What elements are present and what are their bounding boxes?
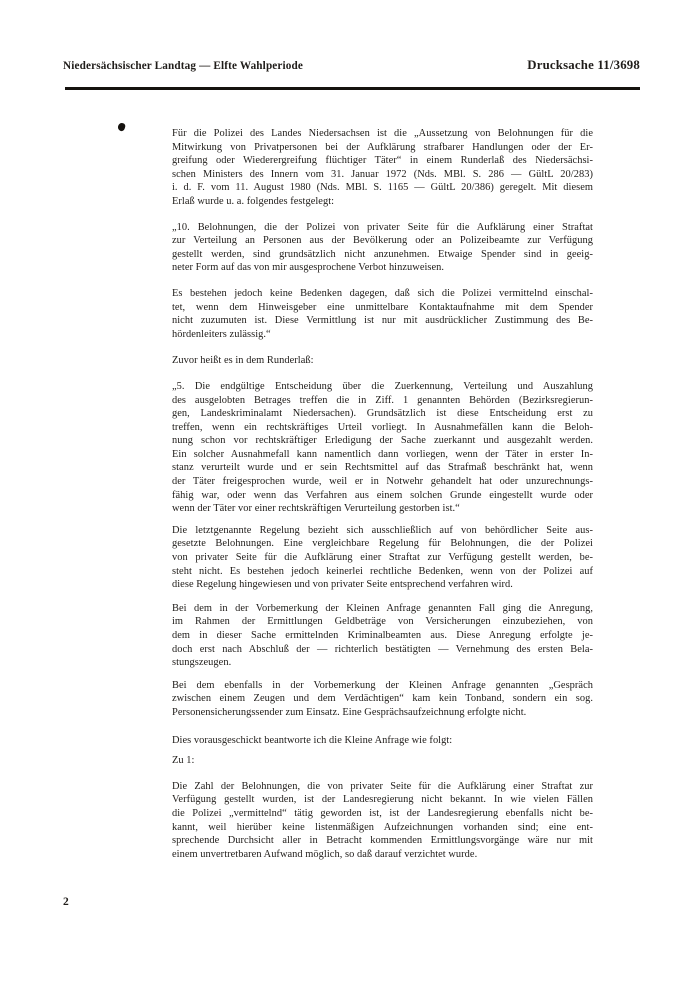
text-line: treffen, wenn ein rechtskräftiges Urteil… (172, 421, 593, 435)
page-number: 2 (63, 896, 69, 908)
text-line: diese Regelung hingewiesen und von priva… (172, 578, 593, 592)
text-line: Für die Polizei des Landes Niedersachsen… (172, 127, 593, 141)
text-line: gestellt werden, sind grundsätzlich nich… (172, 248, 593, 262)
text-line: stanz verurteilt wurde und er sein Recht… (172, 461, 593, 475)
text-line: kannt, weil hierüber keine listenmäßigen… (172, 821, 593, 835)
paragraph: Für die Polizei des Landes Niedersachsen… (172, 127, 593, 209)
text-line: im Rahmen der Ermittlungen Geldbeträge v… (172, 615, 593, 629)
text-line: sprechende Durchsicht aller in Betracht … (172, 834, 593, 848)
text-line: „5. Die endgültige Entscheidung über die… (172, 380, 593, 394)
text-line: einem unvertretbaren Aufwand möglich, so… (172, 848, 593, 862)
text-line: Zu 1: (172, 754, 593, 768)
text-line: die Polizei „vermittelnd“ tätig geworden… (172, 807, 593, 821)
text-line: zwischen einem Zeugen und dem Verdächtig… (172, 692, 593, 706)
text-line: neter Form auf das von mir ausgesprochen… (172, 261, 593, 275)
text-line: Dies vorausgeschickt beantworte ich die … (172, 734, 593, 748)
text-line: Personensicherungssender zum Einsatz. Ei… (172, 706, 593, 720)
text-line: stungszeugen. (172, 656, 593, 670)
ink-speck (117, 122, 126, 132)
text-line: der Täter freigesprochen wurde, weil er … (172, 475, 593, 489)
paragraph: „5. Die endgültige Entscheidung über die… (172, 380, 593, 516)
text-line: fähig war, oder wenn das Verfahren aus e… (172, 489, 593, 503)
paragraph: Bei dem ebenfalls in der Vorbemerkung de… (172, 679, 593, 720)
paragraph: Es bestehen jedoch keine Bedenken dagege… (172, 287, 593, 341)
text-line: zur Verteilung an Personen aus der Bevöl… (172, 234, 593, 248)
text-line: Ein solcher Ausnahmefall kann namentlich… (172, 448, 593, 462)
paragraph: Die letztgenannte Regelung bezieht sich … (172, 524, 593, 592)
text-line: hördenleiters zulässig.“ (172, 328, 593, 342)
paragraph: Zu 1: (172, 754, 593, 768)
text-line: tet, wenn dem Hinweisgeber eine unmittel… (172, 301, 593, 315)
text-line: steht nicht. Es bestehen jedoch keinerle… (172, 565, 593, 579)
text-line: „10. Belohnungen, die der Polizei von pr… (172, 221, 593, 235)
text-line: nung schon vor rechtskräftiger Erledigun… (172, 434, 593, 448)
text-line: Die Zahl der Belohnungen, die von privat… (172, 780, 593, 794)
text-line: Es bestehen jedoch keine Bedenken dagege… (172, 287, 593, 301)
text-line: Bei dem in der Vorbemerkung der Kleinen … (172, 602, 593, 616)
text-line: Mitwirkung von Privatpersonen bei der Au… (172, 141, 593, 155)
header-rule (65, 87, 640, 90)
text-line: gesetzte Belohnungen. Eine vergleichbare… (172, 537, 593, 551)
text-line: Die letztgenannte Regelung bezieht sich … (172, 524, 593, 538)
document-page: Niedersächsischer Landtag — Elfte Wahlpe… (0, 0, 700, 990)
text-line: des ausgelobten Betrages treffen die in … (172, 394, 593, 408)
text-line: greifung oder Wiederergreifung flüchtige… (172, 154, 593, 168)
paragraph: Bei dem in der Vorbemerkung der Kleinen … (172, 602, 593, 670)
text-line: wenn der Täter vor einer rechtskräftigen… (172, 502, 593, 516)
text-line: gen, Landeskriminalamt Niedersachen). Gr… (172, 407, 593, 421)
text-line: Erlaß wurde u. a. folgendes festgelegt: (172, 195, 593, 209)
header-drucksache-number: Drucksache 11/3698 (527, 58, 640, 73)
text-line: Zuvor heißt es in dem Runderlaß: (172, 354, 593, 368)
text-line: i. d. F. vom 11. August 1980 (Nds. MBl. … (172, 181, 593, 195)
text-line: schen Ministers des Innern vom 31. Janua… (172, 168, 593, 182)
text-line: nicht zuzumuten ist. Diese Vermittlung i… (172, 314, 593, 328)
paragraph: Dies vorausgeschickt beantworte ich die … (172, 734, 593, 748)
paragraph: Zuvor heißt es in dem Runderlaß: (172, 354, 593, 368)
paragraph: „10. Belohnungen, die der Polizei von pr… (172, 221, 593, 275)
text-line: doch erst nach Abschluß der — richterlic… (172, 643, 593, 657)
text-line: dem in dieser Sache ermittelnden Krimina… (172, 629, 593, 643)
paragraph: Die Zahl der Belohnungen, die von privat… (172, 780, 593, 862)
header-publication-title: Niedersächsischer Landtag — Elfte Wahlpe… (63, 60, 303, 72)
text-line: Bei dem ebenfalls in der Vorbemerkung de… (172, 679, 593, 693)
text-line: von privater Seite für die Aufklärung ei… (172, 551, 593, 565)
document-body: Für die Polizei des Landes Niedersachsen… (172, 127, 593, 861)
text-line: Verfügung gestellt wurden, ist der Lande… (172, 793, 593, 807)
